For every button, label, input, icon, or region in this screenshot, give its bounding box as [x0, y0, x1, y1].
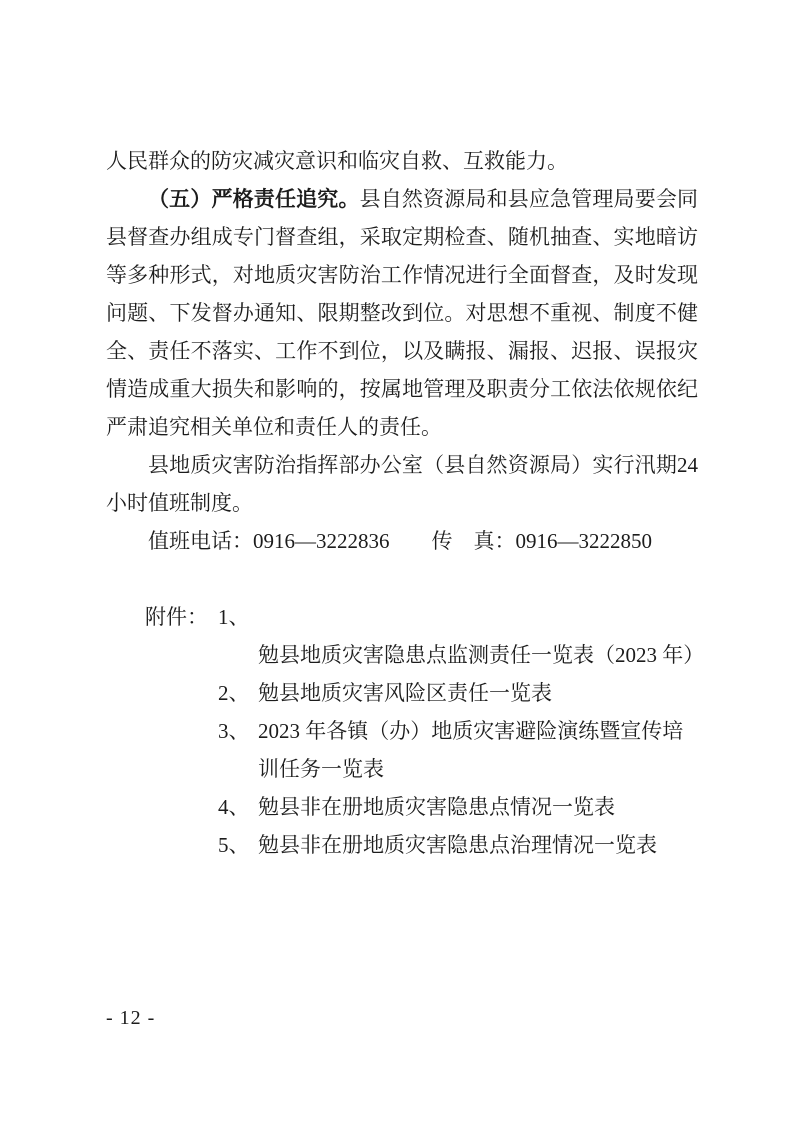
section-body-text: 县自然资源局和县应急管理局要会同县督查办组成专门督查组，采取定期检查、随机抽查、…	[106, 187, 698, 439]
page-number: - 12 -	[106, 1003, 155, 1033]
attachment-item-title: 勉县非在册地质灾害隐患点情况一览表	[258, 795, 615, 819]
paragraph-continuation: 人民群众的防灾减灾意识和临灾自救、互救能力。	[106, 142, 698, 180]
section-heading: （五）严格责任追究。	[148, 187, 360, 211]
attachment-item-number: 3、	[218, 712, 258, 750]
attachment-item: 3、2023 年各镇（办）地质灾害避险演练暨宣传培训任务一览表	[218, 712, 698, 788]
attachment-item: 4、勉县非在册地质灾害隐患点情况一览表	[218, 788, 698, 826]
attachments-label: 附件：	[145, 598, 218, 864]
paragraph-section-five: （五）严格责任追究。县自然资源局和县应急管理局要会同县督查办组成专门督查组，采取…	[106, 180, 698, 446]
attachments-block: 附件： 1、勉县地质灾害隐患点监测责任一览表（2023 年） 2、勉县地质灾害风…	[145, 598, 698, 864]
attachment-item: 1、勉县地质灾害隐患点监测责任一览表（2023 年）	[218, 598, 698, 674]
paragraph-duty-office: 县地质灾害防治指挥部办公室（县自然资源局）实行汛期24 小时值班制度。	[106, 446, 698, 522]
attachment-item-title: 勉县地质灾害风险区责任一览表	[258, 681, 552, 705]
attachment-item-title: 勉县地质灾害隐患点监测责任一览表（2023 年）	[258, 643, 704, 667]
attachment-item: 5、勉县非在册地质灾害隐患点治理情况一览表	[218, 826, 698, 864]
attachment-item: 2、勉县地质灾害风险区责任一览表	[218, 674, 698, 712]
attachment-item-title: 2023 年各镇（办）地质灾害避险演练暨宣传培训任务一览表	[258, 719, 683, 781]
attachment-item-number: 1、	[218, 598, 258, 636]
contact-phone-fax-line: 值班电话：0916—3222836 传 真：0916—3222850	[106, 522, 698, 560]
document-body: 人民群众的防灾减灾意识和临灾自救、互救能力。 （五）严格责任追究。县自然资源局和…	[106, 142, 698, 864]
attachment-item-number: 5、	[218, 826, 258, 864]
attachments-list: 1、勉县地质灾害隐患点监测责任一览表（2023 年） 2、勉县地质灾害风险区责任…	[218, 598, 698, 864]
document-page: 人民群众的防灾减灾意识和临灾自救、互救能力。 （五）严格责任追究。县自然资源局和…	[0, 0, 793, 1122]
attachment-item-number: 4、	[218, 788, 258, 826]
attachment-item-title: 勉县非在册地质灾害隐患点治理情况一览表	[258, 833, 657, 857]
attachment-item-number: 2、	[218, 674, 258, 712]
